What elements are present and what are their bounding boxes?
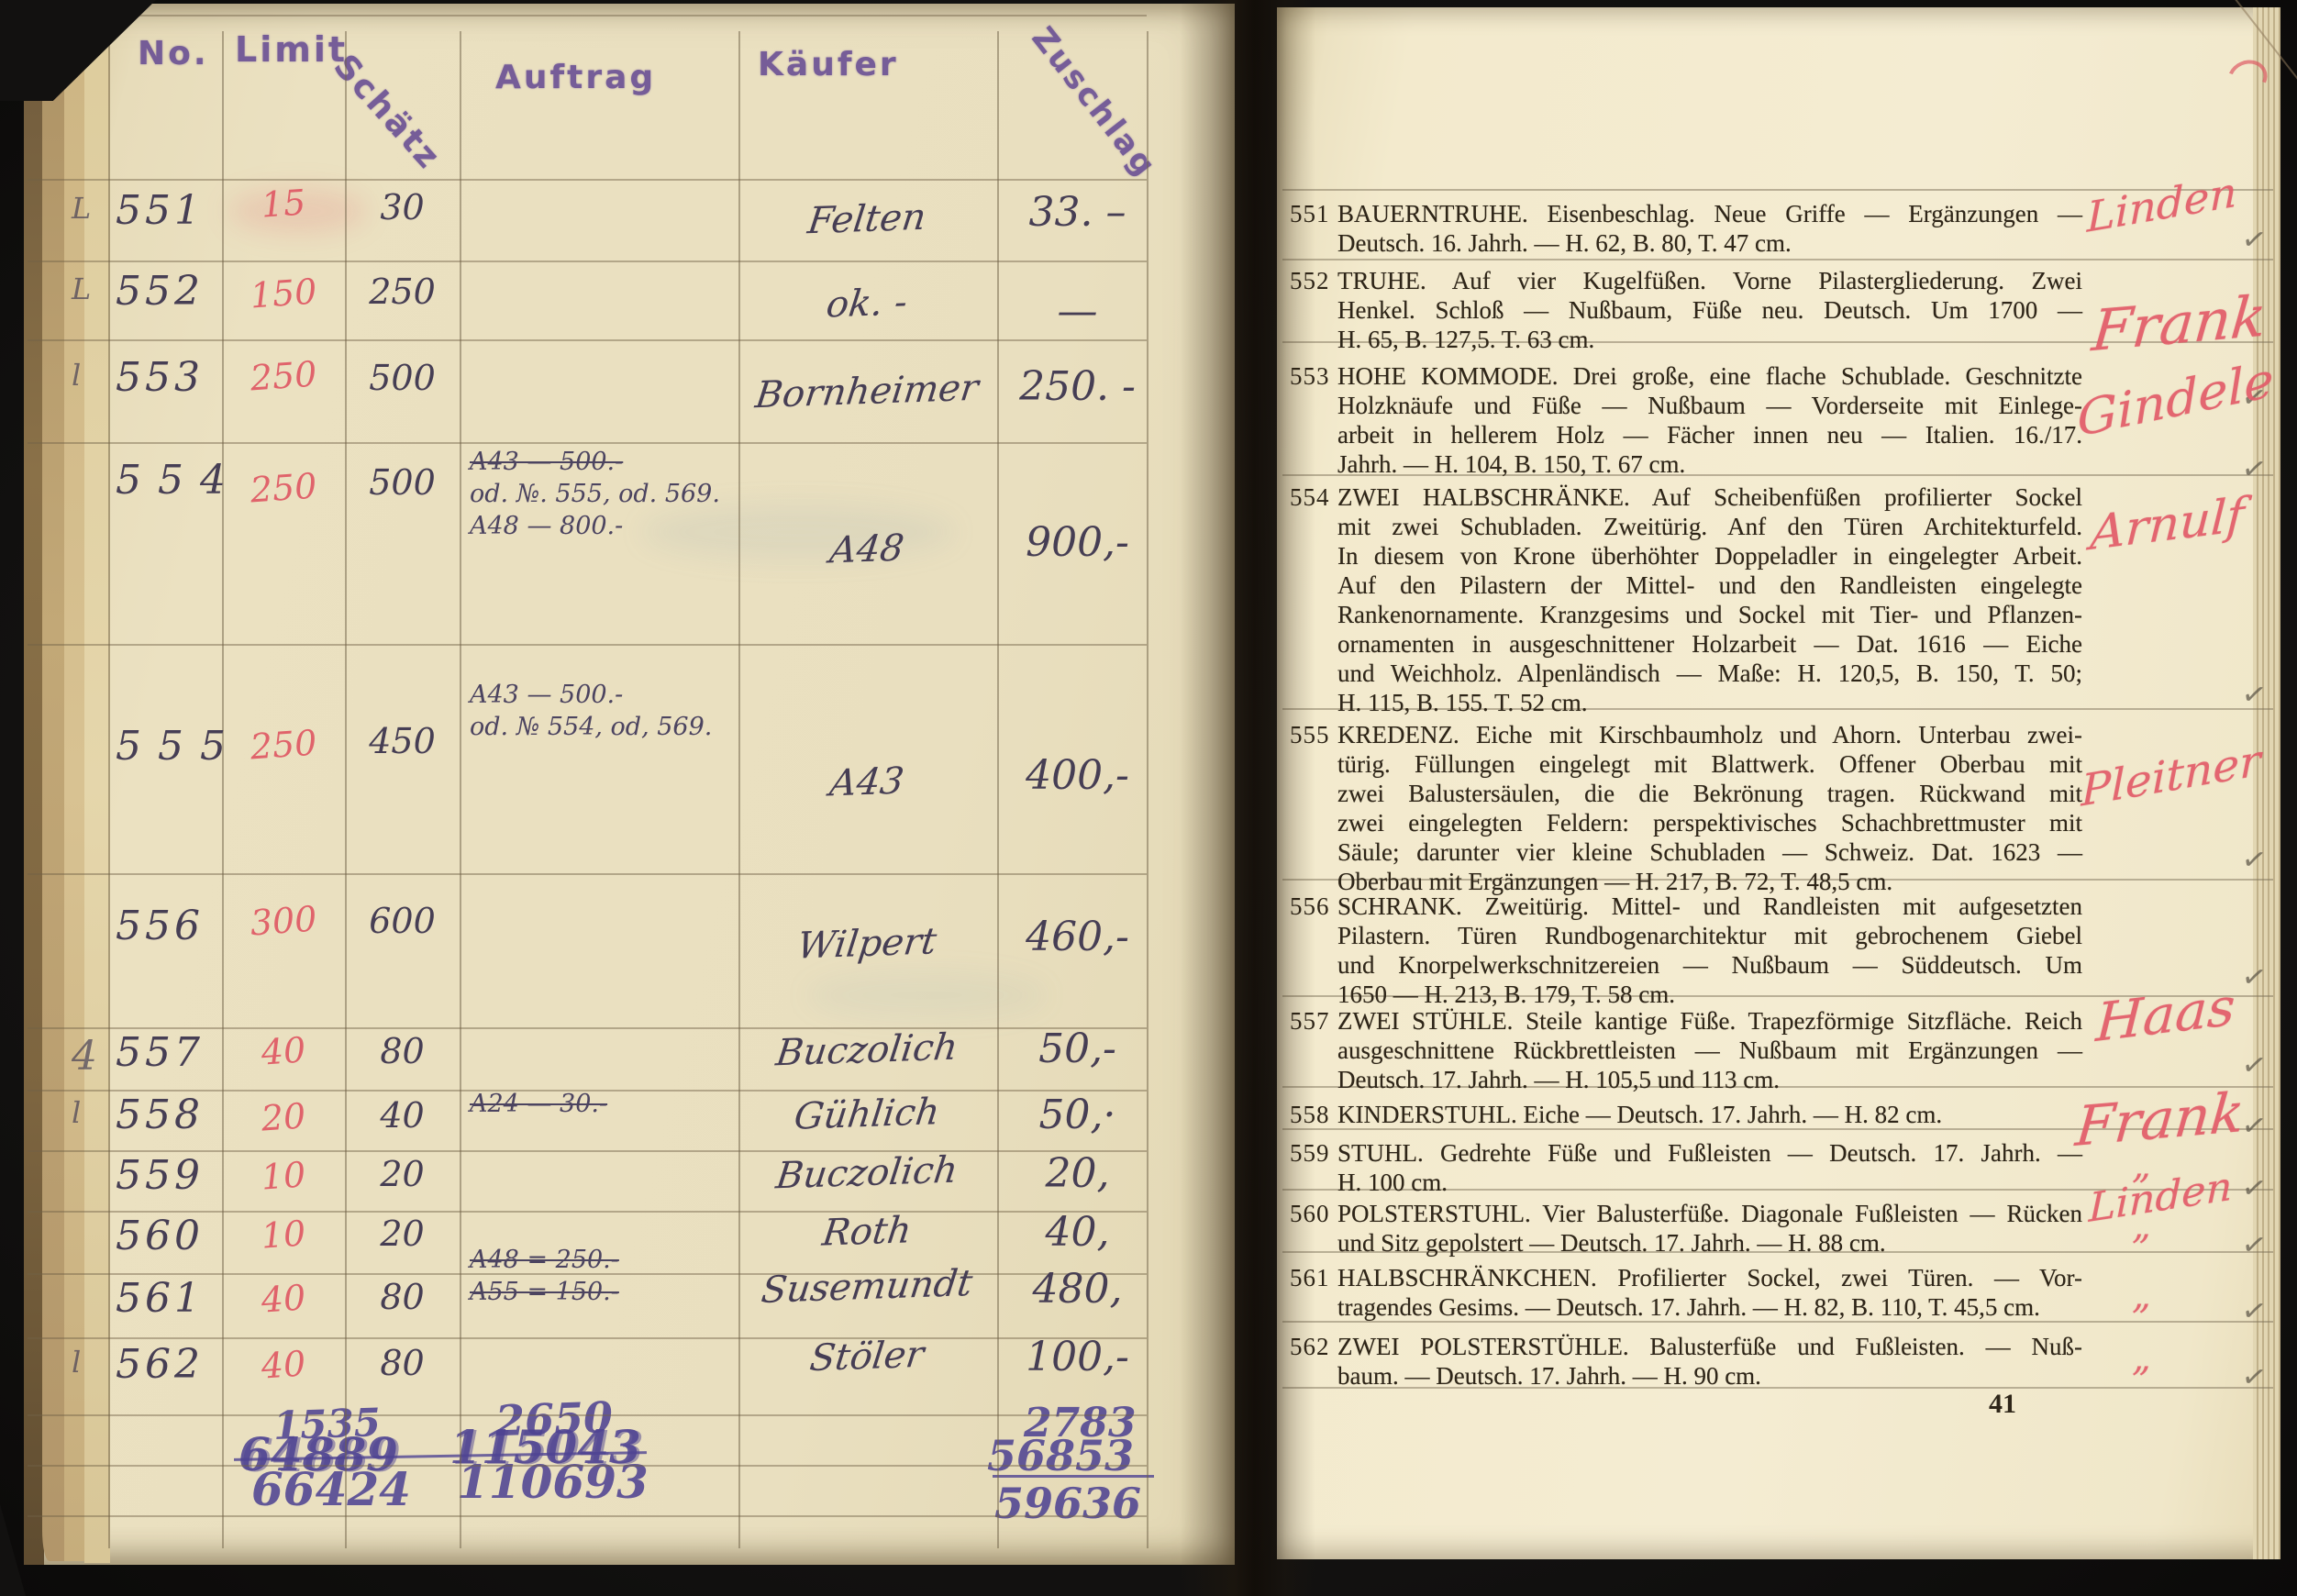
grid-hline [28,873,1147,875]
ledger-no: 552 [116,268,226,315]
column-header-zuschlag: Zuschlag [1024,20,1163,184]
ledger-zuschlag: 400,- [1002,752,1153,799]
ledger-auftrag: A48 = 250.-A55 = 150.- [470,1244,738,1308]
ledger-kaeufer: ok. - [730,278,1003,329]
auftrag-line: A43 — 500.- [470,679,738,711]
grid-vline [345,31,347,1548]
ledger-no: 554 [116,457,226,504]
ledger-kaeufer: Buczolich [730,1147,1003,1199]
ledger-schaetz: 80 [345,1031,460,1071]
ledger-no: 557 [116,1029,226,1076]
red-buyer-annotation: Linden [2087,167,2237,241]
ledger-zuschlag: 40, [1002,1209,1153,1256]
grid-hline [28,179,1147,181]
ledger-zuschlag: 900,- [1002,519,1153,566]
ledger-auftrag: A24 — 30.- [470,1088,738,1120]
red-buyer-annotation: Frank [2090,283,2269,364]
ledger-zuschlag: 20, [1002,1150,1153,1197]
entry-line: und Sitz gepolstert — Deutsch. 17. Jahrh… [1337,1229,2082,1258]
ledger-no: 553 [116,354,226,401]
red-mark-top-right [2222,54,2273,103]
ledger-no: 559 [116,1152,226,1199]
ledger-schaetz: 80 [345,1343,460,1383]
auftrag-line: A48 = 250.- [470,1244,738,1276]
entry-line: HALBSCHRÄNKCHEN. Profilierter Sockel, zw… [1337,1264,2082,1292]
entry-line: zwei Balustersäulen, die die Bekrönung t… [1337,780,2082,808]
entry-line: TRUHE. Auf vier Kugelfüßen. Vorne Pilast… [1337,267,2082,295]
margin-mark: l [72,358,81,393]
ledger-zuschlag: 460,- [1002,914,1153,960]
ledger-no: 558 [116,1092,226,1138]
ledger-schaetz: 250 [345,272,460,312]
ledger-zuschlag: 480, [1002,1266,1153,1313]
pencil-checkmark: ✓ [2239,1358,2269,1396]
ditto-mark: „ [2132,1205,2151,1247]
ledger-auftrag: A43 — 500.-od. №. 555, od. 569.A48 — 800… [470,446,738,542]
ledger-kaeufer: Felten [730,194,1003,245]
grid-hline [28,15,1147,17]
ledger-no: 561 [116,1275,226,1322]
ledger-schaetz: 30 [345,187,460,227]
auftrag-line: od. №. 555, od. 569. [470,478,738,510]
entry-line: baum. — Deutsch. 17. Jahrh. — H. 90 cm. [1337,1362,2082,1391]
sum-line [993,1475,1154,1478]
entry-line: ZWEI POLSTERSTÜHLE. Balusterfüße und Fuß… [1337,1333,2082,1361]
entry-line: SCHRANK. Zweitürig. Mittel- und Randleis… [1337,892,2082,921]
entry-line: H. 65, B. 127,5. T. 63 cm. [1337,326,2082,354]
auftrag-line: A48 — 800.- [470,510,738,542]
pencil-checkmark: ✓ [2239,840,2269,879]
ledger-zuschlag: 50,· [1002,1092,1153,1138]
auftrag-line: A24 — 30.- [470,1088,738,1120]
entry-line: zwei eingelegten Feldern: perspektivisch… [1337,809,2082,837]
ledger-limit: 250 [221,720,347,769]
entry-line: KREDENZ. Eiche mit Kirschbaumholz und Ah… [1337,721,2082,749]
entry-line: ZWEI STÜHLE. Steile kantige Füße. Trapez… [1337,1007,2082,1036]
entry-number: 553 [1290,362,1330,391]
entry-line: H. 100 cm. [1337,1169,2082,1197]
grid-hline [28,442,1147,444]
entry-line: 1650 — H. 213, B. 179, T. 58 cm. [1337,981,2082,1009]
ditto-mark: „ [2132,1145,2151,1187]
auftrag-line: od. № 554, od, 569. [470,711,738,743]
ledger-no: 555 [116,723,226,770]
total-zuschlag-3: 59636 [994,1479,1141,1528]
total-schaetz-3: 110693 [457,1455,649,1509]
ledger-limit: 300 [221,896,347,945]
ledger-limit: 20 [221,1092,347,1141]
red-buyer-annotation: Gindele [2076,351,2274,448]
ledger-no: 560 [116,1213,226,1259]
ledger-limit: 40 [221,1340,347,1389]
ledger-auftrag: A43 — 500.-od. № 554, od, 569. [470,679,738,743]
pencil-checkmark: ✓ [2239,1106,2269,1145]
entry-line: Pilastern. Türen Rundbogenarchitektur mi… [1337,922,2082,950]
ledger-schaetz: 20 [345,1154,460,1194]
book-content: No. Limit Schätz Auftrag Käufer Zuschlag… [0,0,2297,1596]
ledger-limit: 10 [221,1210,347,1258]
entry-line: STUHL. Gedrehte Füße und Fußleisten — De… [1337,1139,2082,1168]
ledger-no: 556 [116,903,226,949]
grid-hline [28,339,1147,341]
ledger-kaeufer: Stöler [730,1331,1003,1382]
red-buyer-annotation: Haas [2094,975,2236,1054]
entry-number: 556 [1290,892,1330,921]
grid-hline [28,260,1147,262]
ledger-kaeufer: Gühlich [730,1089,1003,1140]
margin-mark: 4 [72,1033,97,1080]
ledger-kaeufer: Roth [730,1206,1003,1258]
entry-line: Säule; darunter vier kleine Schubladen —… [1337,838,2082,867]
margin-mark: l [72,1095,81,1130]
ledger-schaetz: 80 [345,1277,460,1317]
ledger-no: 562 [116,1341,226,1388]
entry-line: Jahrh. — H. 104, B. 150, T. 67 cm. [1337,450,2082,479]
column-header-limit: Limit [235,29,348,70]
grid-hline [28,1414,1147,1416]
entry-line: Rankenornamente. Kranzgesims und Sockel … [1337,601,2082,629]
entry-number: 552 [1290,267,1330,295]
auftrag-line: A55 = 150.- [470,1276,738,1308]
entry-line: Auf den Pilastern der Mittel- und den Ra… [1337,571,2082,600]
ledger-limit: 10 [221,1151,347,1200]
ledger-limit: 250 [221,463,347,512]
grid-vline [460,31,461,1548]
entry-number: 551 [1290,200,1330,228]
entry-number: 555 [1290,721,1330,749]
entry-number: 560 [1290,1200,1330,1228]
red-buyer-annotation: Linden [2088,1163,2232,1231]
pencil-checkmark: ✓ [2239,958,2269,996]
grid-hline [28,1515,1147,1517]
pencil-checkmark: ✓ [2239,1291,2269,1330]
page-number: 41 [1989,1389,2016,1420]
ledger-kaeufer: Bornheimer [730,366,1003,417]
pencil-checkmark: ✓ [2239,220,2269,259]
ledger-zuschlag: 250. - [1002,363,1153,410]
margin-mark: l [72,1345,81,1380]
ledger-limit: 15 [221,179,347,227]
ledger-schaetz: 600 [345,901,460,941]
column-header-no: No. [138,35,209,72]
ditto-mark: „ [2132,1337,2151,1380]
pencil-checkmark: ✓ [2239,1225,2269,1264]
entry-number: 554 [1290,483,1330,512]
ditto-mark: „ [2132,1275,2151,1317]
entry-line: mit zwei Schubladen. Zweitürig. Anf den … [1337,513,2082,541]
ledger-schaetz: 450 [345,721,460,761]
red-buyer-annotation: Frank [2073,1081,2247,1159]
entry-line: ZWEI HALBSCHRÄNKE. Auf Scheibenfüßen pro… [1337,483,2082,512]
entry-line: türig. Füllungen eingelegt mit Blattwerk… [1337,750,2082,779]
entry-line: Holzknäufe und Füße — Nußbaum — Vorderse… [1337,392,2082,420]
red-buyer-annotation: Pleitner [2081,736,2261,817]
ledger-zuschlag: 50,- [1002,1025,1153,1072]
entry-line: HOHE KOMMODE. Drei große, eine flache Sc… [1337,362,2082,391]
entry-number: 559 [1290,1139,1330,1168]
ledger-schaetz: 20 [345,1214,460,1254]
entry-line: arbeit in hellerem Holz — Fächer innen n… [1337,421,2082,449]
ledger-kaeufer: Buczolich [730,1025,1003,1076]
ledger-kaeufer: A48 [730,524,1003,575]
ledger-schaetz: 500 [345,358,460,398]
pencil-checkmark: ✓ [2239,1046,2269,1084]
entry-number: 558 [1290,1101,1330,1129]
ledger-no: 551 [116,187,226,234]
entry-line: Deutsch. 16. Jahrh. — H. 62, B. 80, T. 4… [1337,229,2082,258]
ledger-limit: 150 [221,269,347,317]
entry-number: 561 [1290,1264,1330,1292]
column-header-auftrag: Auftrag [495,59,656,96]
ledger-limit: 40 [221,1026,347,1075]
ledger-kaeufer: Wilpert [730,918,1003,970]
margin-mark: L [72,272,91,306]
ledger-kaeufer: Susemundt [730,1261,1003,1313]
ledger-schaetz: 40 [345,1095,460,1136]
total-limit-3: 66424 [251,1462,411,1516]
entry-separator [1282,259,2273,260]
grid-hline [28,1465,1147,1467]
ledger-kaeufer: A43 [730,757,1003,808]
ledger-zuschlag: — [1002,288,1153,335]
ledger-zuschlag: 33. – [1002,189,1153,236]
entry-line: tragendes Gesims. — Deutsch. 17. Jahrh. … [1337,1293,2082,1322]
red-buyer-annotation: Arnulf [2089,488,2246,561]
ledger-schaetz: 500 [345,462,460,503]
ledger-zuschlag: 100,- [1002,1334,1153,1380]
auftrag-line: A43 — 500.- [470,446,738,478]
entry-line: KINDERSTUHL. Eiche — Deutsch. 17. Jahrh.… [1337,1101,2082,1129]
entry-line: und Knorpelwerkschnitzereien — Nußbaum —… [1337,951,2082,980]
entry-line: POLSTERSTUHL. Vier Balusterfüße. Diagona… [1337,1200,2082,1228]
grid-vline [108,31,110,1548]
entry-line: BAUERNTRUHE. Eisenbeschlag. Neue Griffe … [1337,200,2082,228]
margin-mark: L [72,191,91,226]
entry-line: ausgeschnittene Rückbrettleisten — Nußba… [1337,1036,2082,1065]
entry-line: und Weichholz. Alpenländisch — Maße: H. … [1337,659,2082,688]
entry-number: 562 [1290,1333,1330,1361]
paper-stain [807,972,1046,1018]
pencil-checkmark: ✓ [2239,449,2269,488]
total-zuschlag-2: 56853 [987,1431,1134,1480]
entry-line: Deutsch. 17. Jahrh. — H. 105,5 und 113 c… [1337,1066,2082,1094]
entry-number: 557 [1290,1007,1330,1036]
grid-hline [28,644,1147,646]
ledger-limit: 40 [221,1274,347,1323]
entry-line: In diesem von Krone überhöhter Doppeladl… [1337,542,2082,571]
entry-line: H. 115, B. 155. T. 52 cm. [1337,689,2082,717]
entry-line: ornamenten in ausgeschnittener Holzarbei… [1337,630,2082,659]
pencil-checkmark: ✓ [2239,1169,2269,1207]
column-header-kaeufer: Käufer [758,46,899,83]
ledger-limit: 250 [221,351,347,400]
entry-line: Henkel. Schloß — Nußbaum, Füße neu. Deut… [1337,296,2082,325]
